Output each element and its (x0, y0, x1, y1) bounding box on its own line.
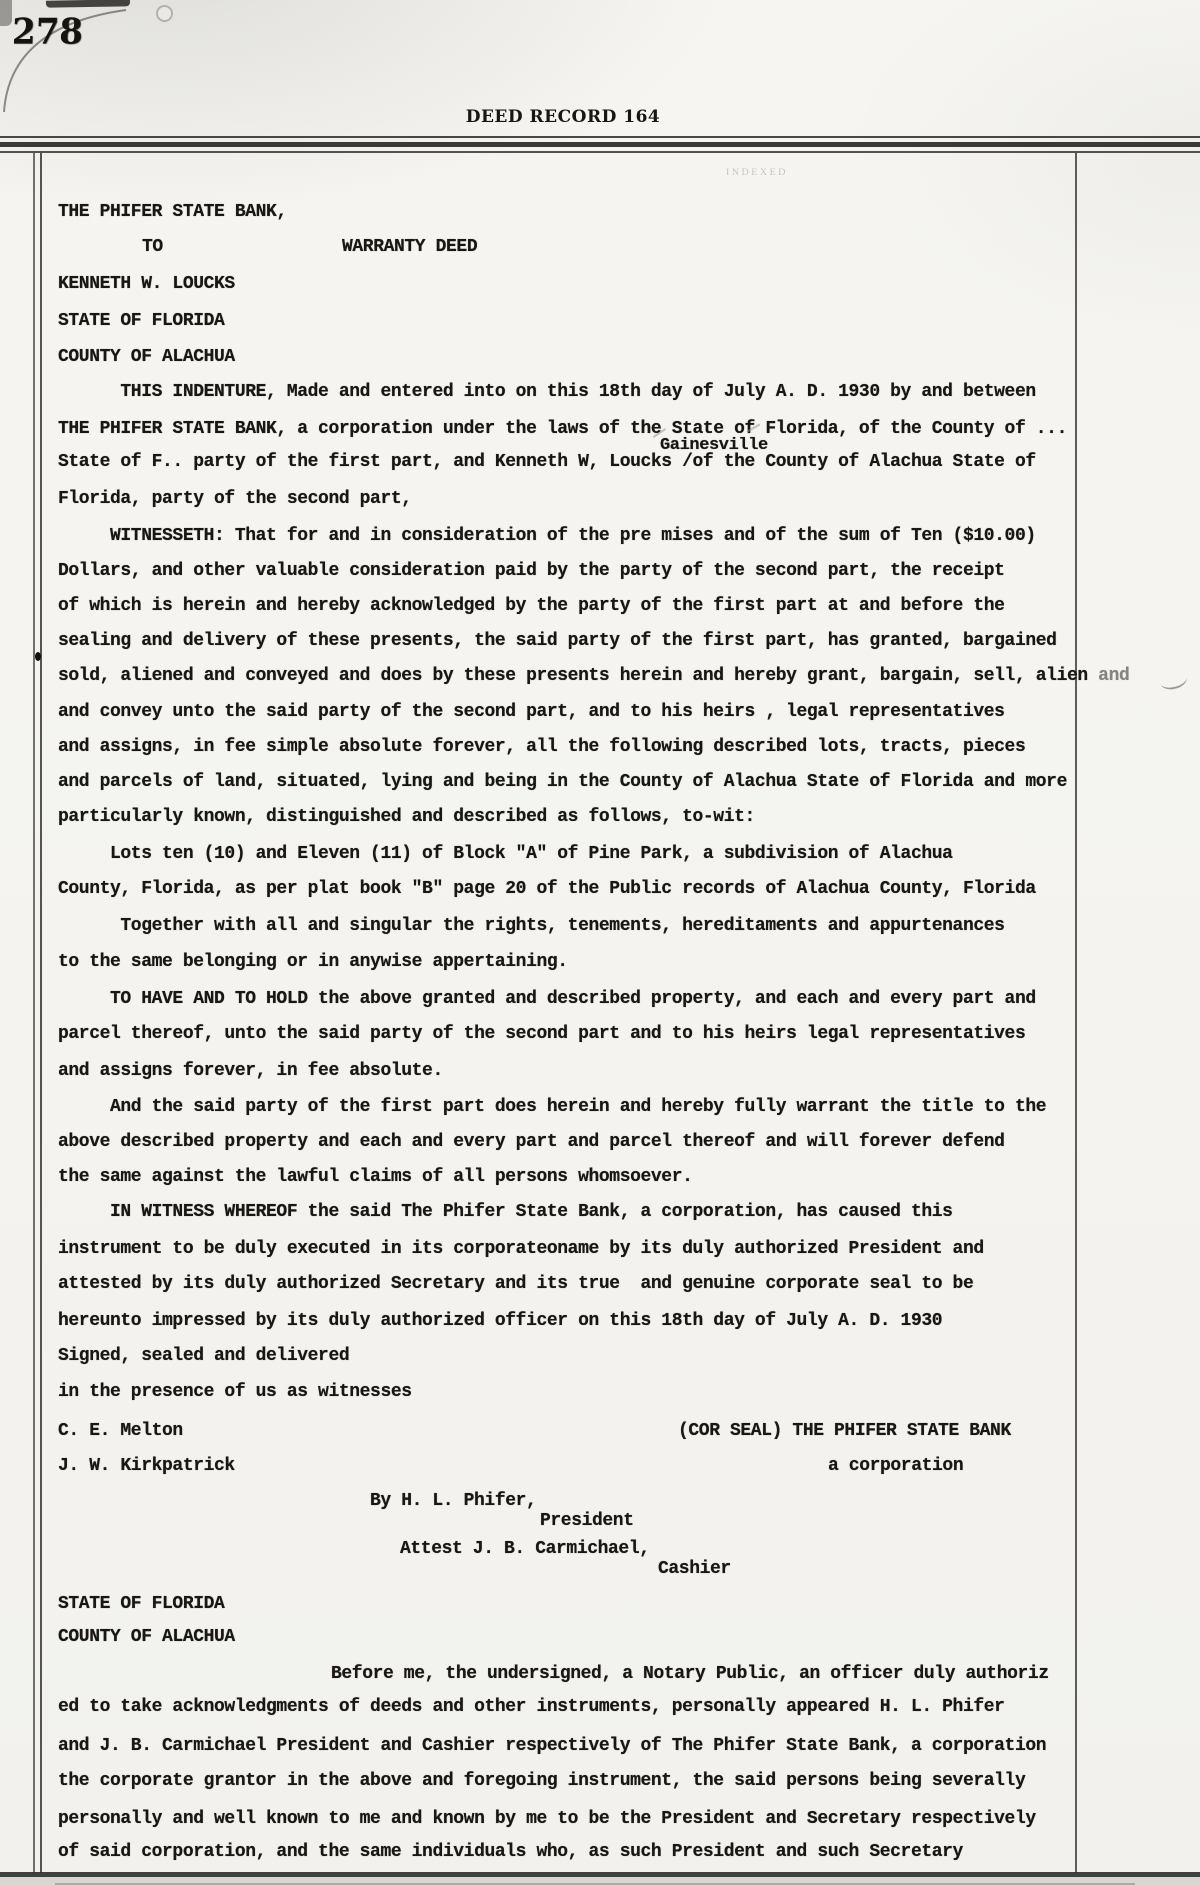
document-line: ed to take acknowledgments of deeds and … (58, 1698, 1005, 1716)
document-line: and J. B. Carmichael President and Cashi… (58, 1737, 1046, 1755)
next-page-rule (55, 1883, 1135, 1885)
document-line: STATE OF FLORIDA (58, 312, 224, 330)
document-line-segment: TO (142, 238, 163, 256)
document-line: Attest J. B. Carmichael, (400, 1540, 650, 1558)
document-line: TO HAVE AND TO HOLD the above granted an… (58, 990, 1036, 1008)
document-line: above described property and each and ev… (58, 1133, 1005, 1151)
document-line: Cashier (658, 1560, 731, 1578)
document-line: State of F.. party of the first part, an… (58, 453, 1036, 471)
document-line: in the presence of us as witnesses (58, 1383, 412, 1401)
document-line-segment: C. E. Melton (58, 1422, 183, 1440)
document-line: the corporate grantor in the above and f… (58, 1772, 1025, 1790)
document-line: THE PHIFER STATE BANK, (58, 203, 287, 221)
document-line-segment: J. W. Kirkpatrick (58, 1457, 235, 1475)
document-line: of which is herein and hereby acknowledg… (58, 597, 1005, 615)
document-line: and assigns forever, in fee absolute. (58, 1062, 443, 1080)
document-body: THE PHIFER STATE BANK,TOWARRANTY DEEDKEN… (0, 0, 1200, 1886)
document-line: Signed, sealed and delivered (58, 1347, 349, 1365)
document-line: Together with all and singular the right… (58, 917, 1005, 935)
document-line: COUNTY OF ALACHUA (58, 348, 235, 366)
document-line-segment: a corporation (828, 1457, 963, 1475)
document-line: and parcels of land, situated, lying and… (58, 773, 1067, 791)
document-line: hereunto impressed by its duly authorize… (58, 1312, 942, 1330)
document-line: By H. L. Phifer, (370, 1492, 536, 1510)
document-line: Florida, party of the second part, (58, 490, 412, 508)
document-line: County, Florida, as per plat book "B" pa… (58, 880, 1036, 898)
document-line: and assigns, in fee simple absolute fore… (58, 738, 1025, 756)
document-line: IN WITNESS WHEREOF the said The Phifer S… (58, 1203, 953, 1221)
document-line: instrument to be duly executed in its co… (58, 1240, 984, 1258)
document-line: KENNETH W. LOUCKS (58, 275, 235, 293)
document-line-segment: WARRANTY DEED (342, 238, 477, 256)
document-line: of said corporation, and the same indivi… (58, 1843, 963, 1861)
document-line: and convey unto the said party of the se… (58, 703, 1005, 721)
document-line: WITNESSETH: That for and in consideratio… (58, 527, 1036, 545)
document-line: personally and well known to me and know… (58, 1810, 1036, 1828)
document-line: sold, aliened and conveyed and does by t… (58, 667, 1129, 685)
document-line: THE PHIFER STATE BANK, a corporation und… (58, 420, 1067, 438)
document-line: And the said party of the first part doe… (58, 1098, 1046, 1116)
document-line: Lots ten (10) and Eleven (11) of Block "… (58, 845, 953, 863)
document-line: STATE OF FLORIDA (58, 1595, 224, 1613)
document-line: THIS INDENTURE, Made and entered into on… (58, 383, 1036, 401)
document-line: attested by its duly authorized Secretar… (58, 1275, 973, 1293)
document-line-segment: (COR SEAL) THE PHIFER STATE BANK (678, 1422, 1011, 1440)
document-line: to the same belonging or in anywise appe… (58, 953, 568, 971)
document-line: Dollars, and other valuable consideratio… (58, 562, 1005, 580)
document-line: COUNTY OF ALACHUA (58, 1628, 235, 1646)
deed-record-page: 278 DEED RECORD 164 INDEXED THE PHIFER S… (0, 0, 1200, 1886)
document-line: particularly known, distinguished and de… (58, 808, 755, 826)
document-line: President (540, 1512, 634, 1530)
document-line: sealing and delivery of these presents, … (58, 632, 1057, 650)
faded-ink-text: and (1088, 666, 1130, 686)
document-line: the same against the lawful claims of al… (58, 1168, 693, 1186)
document-line: Before me, the undersigned, a Notary Pub… (331, 1665, 1049, 1683)
document-line: parcel thereof, unto the said party of t… (58, 1025, 1025, 1043)
